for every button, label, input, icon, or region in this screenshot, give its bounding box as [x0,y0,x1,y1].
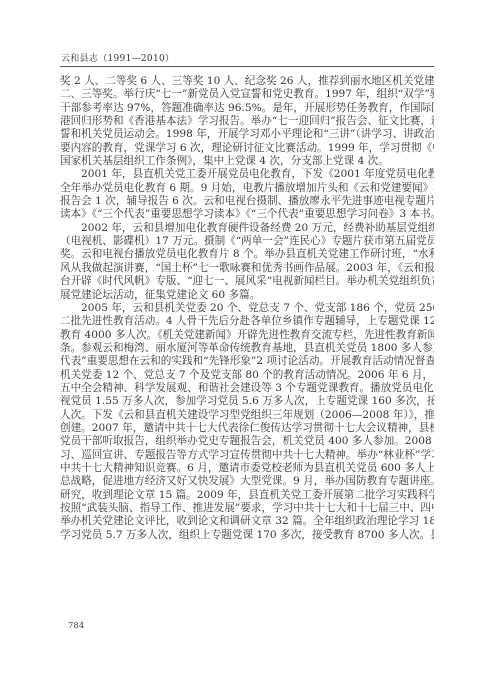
text-line: 研究，收到理论文章 15 篇。2009 年，县直机关党工委开展第二批学习实践科学… [60,489,434,502]
body-text: 奖 2 人、二等奖 6 人、三等奖 10 人、纪念奖 26 人，推荐到丽水地区机… [60,75,434,542]
text-line: 干部参考率达 97%，答题准确率达 96.5%。是年，开展形势任务教育，作国际国… [60,102,434,115]
text-line: 要内容的教育，党课学习 6 次，理论研讨征文比赛活动。1999 年，学习贯彻《中… [60,142,434,155]
text-line: 全年举办党员电化教育 6 期。9 月始，电教片播放增加片头和《云和党建要闻》栏目… [60,182,434,195]
text-line: 习、巡回宣讲、专题报告等方式学习宣传贯彻中共十七大精神。举办“林业杯”学习宣传贯… [60,449,434,462]
header-rule [60,66,434,67]
text-line: 总战略，促进地方经济又好又快发展》大型党课。9 月，举办国防教育专题讲座。开展党… [60,475,434,488]
paragraph: 2005 年，云和县机关党委 20 个、党总支 7 个、党支部 186 个，党员… [60,302,434,542]
text-line: 条。参观云和梅湾、丽水厦河等革命传统教育基地，县直机关党员 1800 多人参加。… [60,342,434,355]
text-line: 党员干部听取报告，组织举办党史专题报告会，机关党员 400 多人参加。2008 … [60,435,434,448]
text-line: 代表”重要思想在云和的实践和“先锋形象”2 项讨论活动。开展教育活动情况督查 3… [60,355,434,368]
text-line: 创建。2007 年，邀请中共十七大代表徐仁俊传达学习贯彻十七大会议精神，县机关中… [60,422,434,435]
text-line: （电视机、影碟机）17 万元。摄制《“两单一会”连民心》专题片获市第五届党员电教… [60,235,434,248]
page-number: 784 [68,621,84,631]
running-head: 云和县志（1991—2010） [61,51,174,64]
text-line: 2005 年，云和县机关党委 20 个、党总支 7 个、党支部 186 个，党员… [60,302,434,315]
text-line: 视党员 1.55 万多人次，参加学习党员 5.6 万多人次，上专题党课 160 … [60,395,434,408]
text-line: 机关党委 12 个、党总支 7 个及党支部 80 个的教育活动情况。2006 年… [60,369,434,382]
text-line: 读本》《“三个代表”重要思想学习读本》《“三个代表”重要思想学习问卷》3 本书。 [60,208,434,221]
text-line: 国家机关基层组织工作条例》，集中上党课 4 次，分支部上党课 4 次。 [60,155,434,168]
text-line: 中共十七大精神知识竞赛。6 月，邀请市委党校老师为县直机关党员 600 多人上《… [60,462,434,475]
text-line: 展党建论坛活动，征集党建论文 60 多篇。 [60,289,434,302]
paragraph: 2001 年，县直机关党工委开展党员电化教育，下发《2001 年度党员电化教育工… [60,168,434,221]
paragraph: 奖 2 人、二等奖 6 人、三等奖 10 人、纪念奖 26 人，推荐到丽水地区机… [60,75,434,168]
text-line: 教育 4000 多人次。《机关党建新闻》开辟先进性教育交流专栏，先进性教育新闻播… [60,329,434,342]
text-line: 报告会 1 次，辅导报告 6 次。云和电视台摄制、播放廖永平先进事迹电视专题片。… [60,195,434,208]
text-line: 奖。云和电视台播放党员电化教育片 8 个。举办县直机关党建工作研讨班，“水利杯”… [60,248,434,261]
text-line: 誓和机关党员运动会。1998 年，开展学习邓小平理论和“三讲”（讲学习、讲政治、… [60,128,434,141]
text-line: 人次。下发《云和县直机关建设学习型党组织三年规划（2006—2008 年）》，推… [60,409,434,422]
text-line: 二、三等奖。举行庆“七一”新党员入党宣誓和党史教育。1997 年，组织“双学”验… [60,88,434,101]
text-line: 奖 2 人、二等奖 6 人、三等奖 10 人、纪念奖 26 人，推荐到丽水地区机… [60,75,434,88]
text-line: 风从我做起演讲赛，“国土杯”七一歌咏赛和优秀书画作品展。2003 年，《云和报》… [60,262,434,275]
text-line: 港回归形势和《香港基本法》学习报告。举办“七一迎回归”报告会、征文比赛，新党员入… [60,115,434,128]
text-line: 学习党员 5.7 万多人次，组织上专题党课 170 多次，接受教育 8700 多… [60,529,434,542]
text-line: 二批先进性教育活动。4 人骨干先后分赴各单位乡镇作专题辅导，上专题党课 120 … [60,315,434,328]
text-line: 2001 年，县直机关党工委开展党员电化教育，下发《2001 年度党员电化教育工… [60,168,434,181]
text-line: 2002 年，云和县增加电化教育硬件设备经费 20 万元，经费补助基层党组织置办… [60,222,434,235]
text-line: 按照“武装头脑、指导工作、推进发展”要求，学习中共十七大和十七届三中、四中全会精… [60,502,434,515]
paragraph: 2002 年，云和县增加电化教育硬件设备经费 20 万元，经费补助基层党组织置办… [60,222,434,302]
text-line: 举办机关党建论文评比，收到论文和调研文章 32 篇。全年组织政治理论学习 180… [60,515,434,528]
text-line: 台开辟《时代风帆》专版、“迎七一、展风采”电视新闻栏目。举办机关党组织负责人培训… [60,275,434,288]
text-line: 五中全会精神、科学发展观、和谐社会建设等 3 个专题党课教育。播放党员电化教育 … [60,382,434,395]
